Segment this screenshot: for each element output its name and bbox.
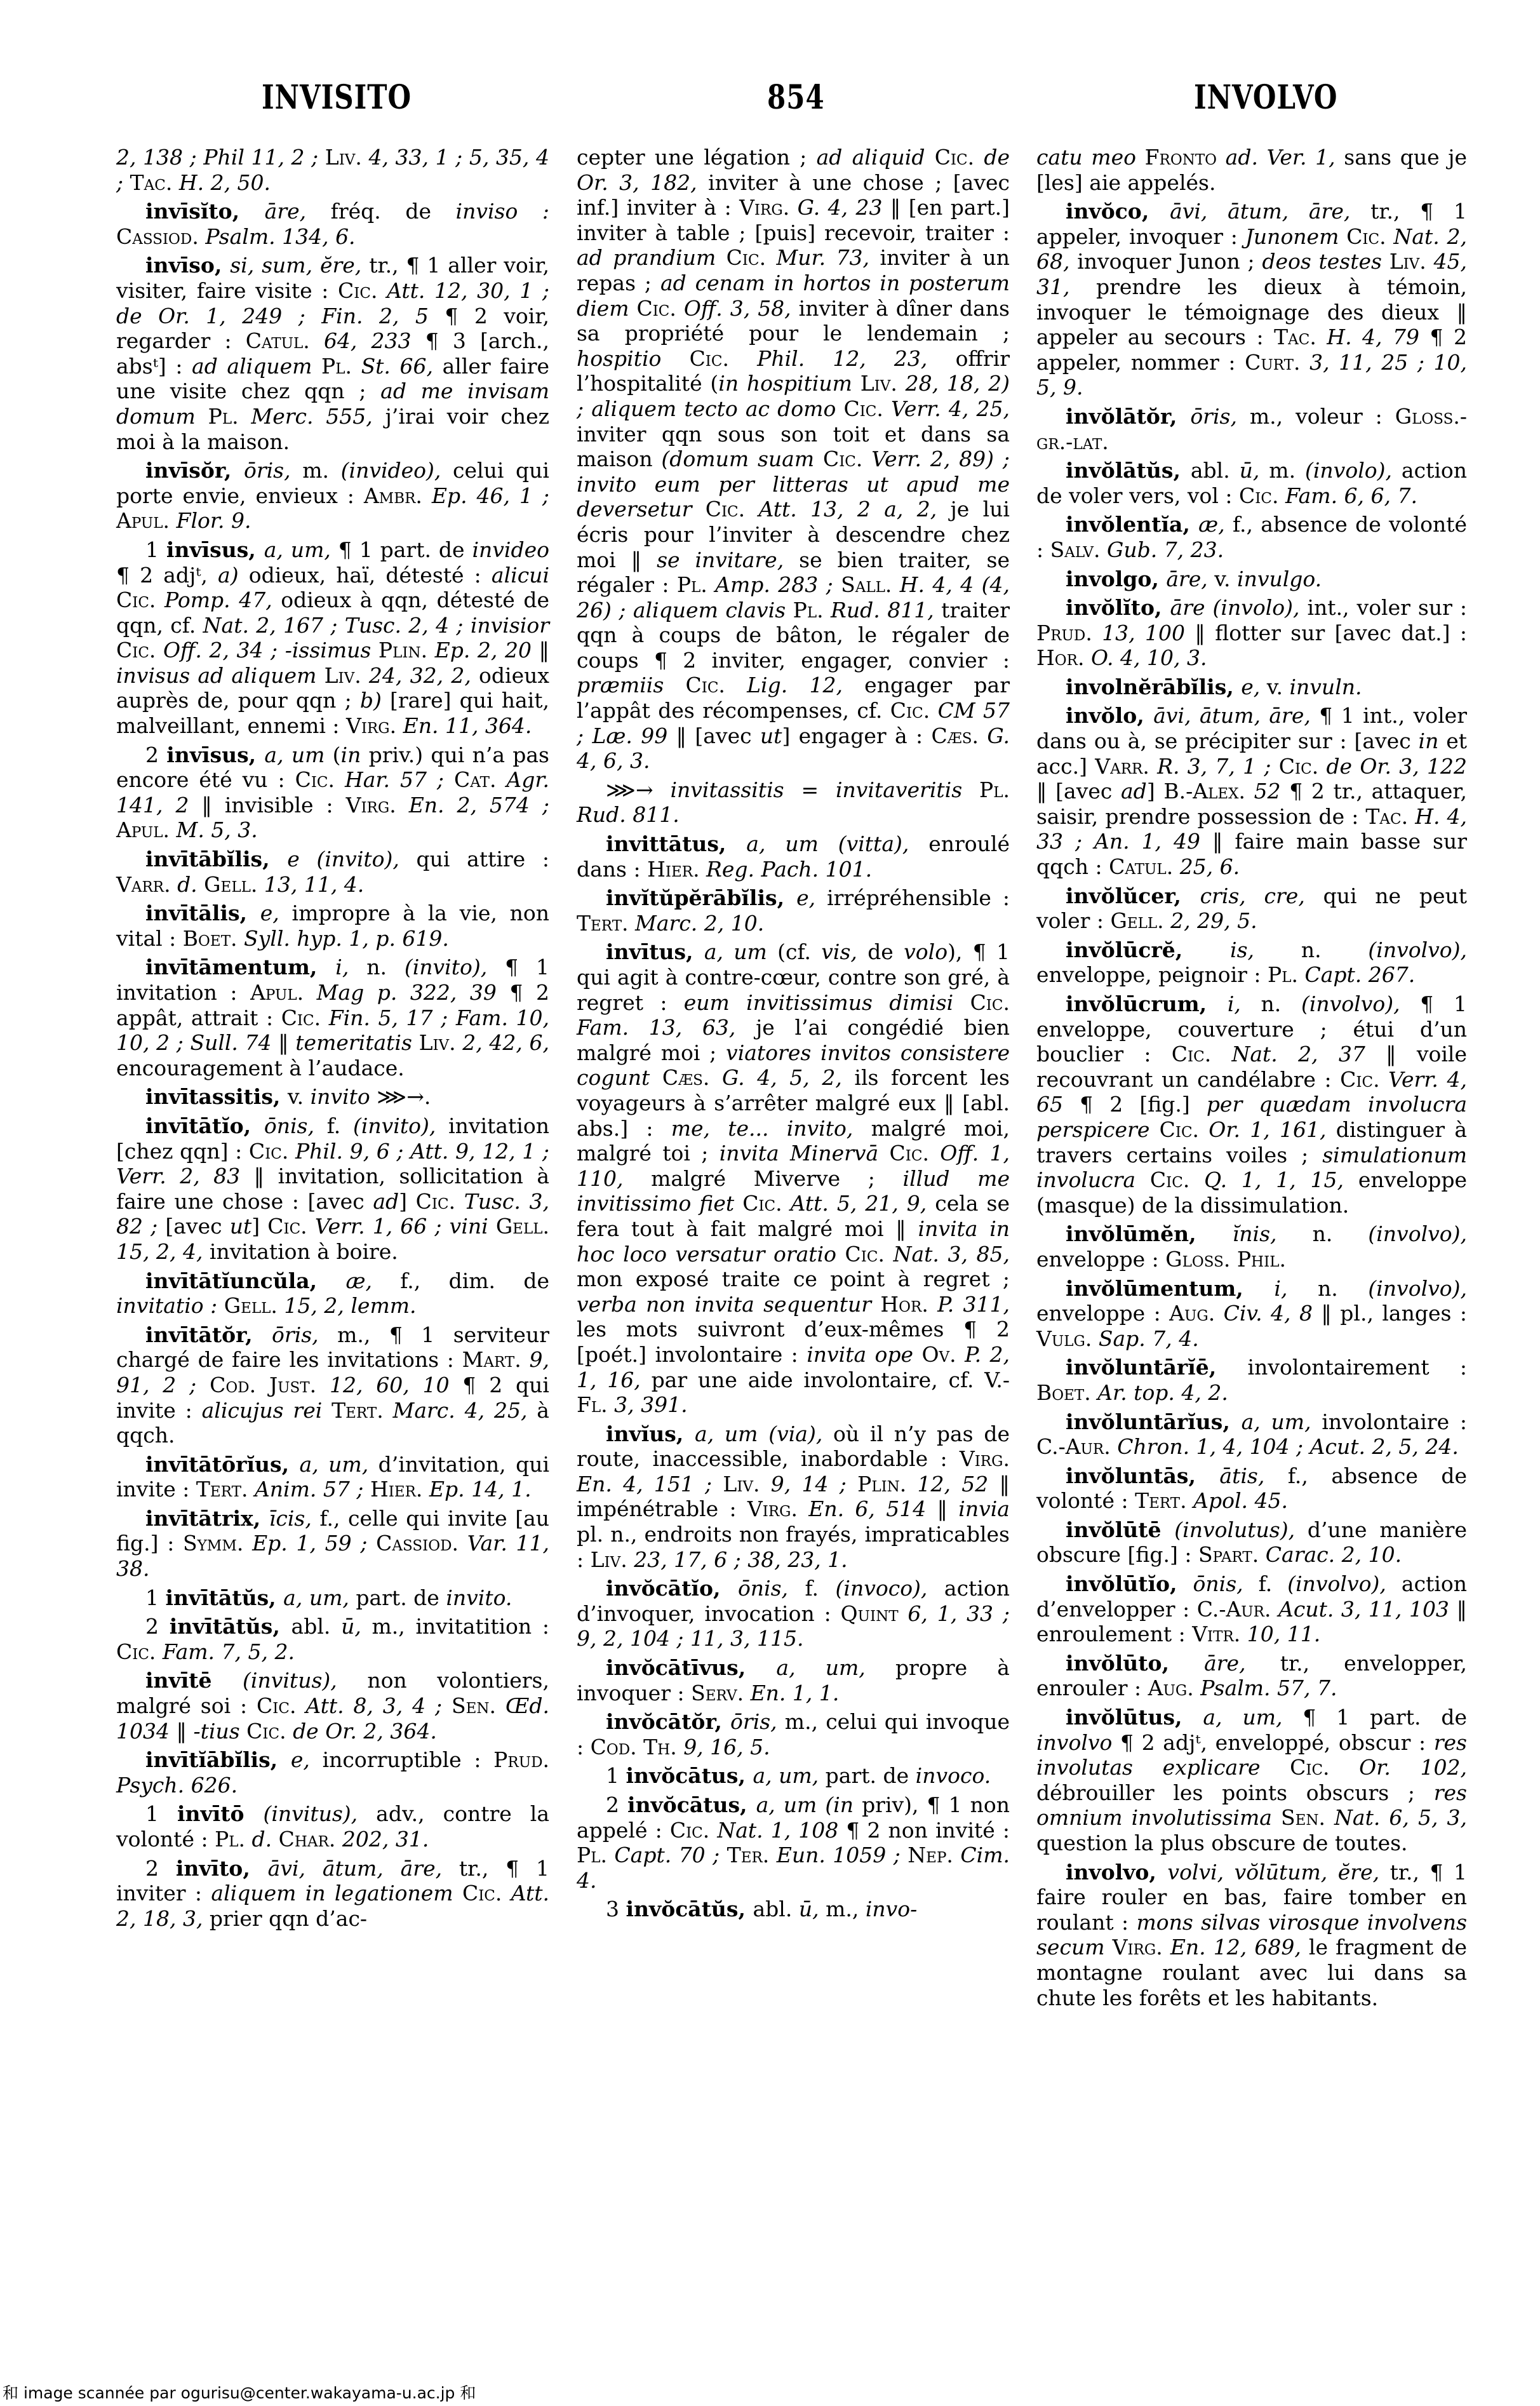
author-abbrev: Cic. bbox=[416, 1189, 464, 1214]
italic-text: G. 4, 23 bbox=[798, 195, 890, 220]
italic-text: (invitus), bbox=[243, 1668, 367, 1693]
italic-text: 15, 2, 4, bbox=[116, 1239, 210, 1264]
author-abbrev: Aug. bbox=[1169, 1301, 1224, 1326]
text: enveloppe : bbox=[1036, 1247, 1165, 1272]
author-abbrev: Hor. bbox=[1036, 645, 1091, 670]
italic-text: invideo bbox=[472, 537, 549, 562]
headword: invŏcātus, bbox=[627, 1792, 756, 1817]
dictionary-entry: invītātĭuncŭla, æ, f., dim. de invitatio… bbox=[116, 1268, 549, 1319]
text: prier qqn d’ac- bbox=[210, 1906, 367, 1931]
author-abbrev: Tert. bbox=[196, 1477, 255, 1502]
italic-text: alicujus rei bbox=[202, 1398, 332, 1423]
italic-text: cris, cre, bbox=[1200, 884, 1323, 908]
text: ¶ 2 adjᵗ, enveloppé, obscur : bbox=[1120, 1730, 1434, 1755]
italic-text: 52 bbox=[1254, 779, 1290, 803]
italic-text: En. 4, 151 ; bbox=[577, 1472, 723, 1496]
italic-text: Nat. 2, 37 bbox=[1232, 1042, 1386, 1066]
headword: invītē bbox=[145, 1668, 243, 1693]
italic-text: H. 2, 50. bbox=[179, 170, 271, 195]
italic-text: Rud. 811, bbox=[831, 598, 941, 622]
italic-text: ōnis, bbox=[264, 1113, 327, 1138]
author-abbrev: Hor. bbox=[880, 1292, 937, 1317]
text: ‖ invisible : bbox=[201, 793, 345, 817]
author-abbrev: Nep. bbox=[907, 1843, 960, 1867]
italic-text: 24, 32, 2, bbox=[369, 663, 479, 688]
author-abbrev: Varr. bbox=[1095, 754, 1157, 779]
author-abbrev: Sen. bbox=[452, 1693, 506, 1718]
dictionary-entry: invŏlūmentum, i, n. (involvo), enveloppe… bbox=[1036, 1276, 1467, 1352]
italic-text: Acut. 3, 11, 103 bbox=[1278, 1597, 1456, 1622]
author-abbrev: C.-Aur. bbox=[1036, 1434, 1117, 1459]
entry-continuation: 2, 138 ; Phil 11, 2 ; Liv. 4, 33, 1 ; 5,… bbox=[116, 145, 549, 195]
italic-text: Off. 3, 58, bbox=[684, 296, 799, 321]
italic-text: āre, bbox=[1204, 1651, 1280, 1676]
author-abbrev: Cic. bbox=[267, 1214, 315, 1239]
headword: invŏlentĭa, bbox=[1066, 512, 1198, 537]
italic-text: Nat. 2, 167 ; Tusc. 2, 4 ; invisior bbox=[203, 613, 549, 638]
italic-text: a) bbox=[218, 563, 249, 588]
dictionary-entry: 1 invītātŭs, a, um, part. de invito. bbox=[116, 1585, 549, 1611]
author-abbrev: Cic. bbox=[1150, 1167, 1204, 1192]
italic-text: i, bbox=[335, 955, 366, 979]
italic-text: 12, 60, 10 bbox=[330, 1373, 462, 1397]
author-abbrev: Tac. bbox=[1274, 325, 1327, 349]
headword: invĭtŭpĕrābĭlis, bbox=[606, 885, 796, 910]
text: ¶ 2 [fig.] bbox=[1080, 1092, 1207, 1117]
italic-text: Civ. 4, 8 bbox=[1224, 1301, 1322, 1326]
text: de bbox=[867, 939, 904, 964]
author-abbrev: Cic. bbox=[726, 245, 777, 270]
italic-text: ad bbox=[1121, 779, 1147, 803]
entry-continuation: cepter une légation ; ad aliquid Cic. de… bbox=[577, 145, 1010, 774]
author-abbrev: Liv. bbox=[325, 663, 369, 688]
text: involontaire : bbox=[1322, 1409, 1467, 1434]
italic-text: ū, bbox=[799, 1897, 826, 1921]
italic-text: 23, 17, 6 ; 38, 23, 1. bbox=[634, 1547, 847, 1572]
author-abbrev: Liv. bbox=[1389, 249, 1434, 274]
italic-text: volo bbox=[904, 939, 947, 964]
author-abbrev: Tert. bbox=[577, 911, 635, 936]
headword: invŏlūtĭo, bbox=[1066, 1571, 1193, 1596]
text: f. bbox=[805, 1576, 836, 1601]
text: débrouiller les points obscurs ; bbox=[1036, 1780, 1434, 1805]
text: qui attire : bbox=[417, 847, 549, 871]
author-abbrev: Plin. bbox=[857, 1472, 917, 1496]
italic-text: En. 1, 1. bbox=[751, 1681, 840, 1705]
italic-text: i, bbox=[1228, 991, 1261, 1016]
italic-text: invito bbox=[311, 1084, 377, 1109]
author-abbrev: Cic. bbox=[706, 497, 759, 521]
headword: invītĭābĭlis, bbox=[145, 1747, 291, 1772]
italic-text: d. bbox=[177, 872, 204, 897]
dictionary-entry: invītālis, e, impropre à la vie, non vit… bbox=[116, 901, 549, 951]
text: 3 bbox=[606, 1897, 626, 1921]
italic-text: ad aliquid bbox=[817, 145, 935, 170]
italic-text: (invideo), bbox=[341, 458, 453, 483]
author-abbrev: Virg. bbox=[747, 1496, 808, 1521]
italic-text: 13, 100 bbox=[1102, 621, 1195, 645]
italic-text: ōris, bbox=[730, 1709, 785, 1734]
text: (cf. bbox=[777, 939, 821, 964]
italic-text: (involvo), bbox=[1287, 1571, 1402, 1596]
author-abbrev: Curt. bbox=[1245, 350, 1309, 375]
author-abbrev: Prud. bbox=[493, 1747, 549, 1772]
text: ‖ [avec bbox=[1036, 779, 1121, 803]
headword: invŏlūto, bbox=[1066, 1651, 1204, 1676]
author-abbrev: Cic. bbox=[845, 1242, 894, 1267]
author-abbrev: Cic. bbox=[116, 638, 163, 662]
text: ‖ bbox=[278, 1030, 295, 1055]
headword: invŏcātīvus, bbox=[606, 1655, 776, 1680]
italic-text: inviso : bbox=[456, 199, 549, 224]
italic-text: Nat. 1, 108 bbox=[717, 1818, 846, 1843]
author-abbrev: Cic. bbox=[670, 1818, 718, 1843]
italic-text: Fam. 6, 6, 7. bbox=[1285, 483, 1417, 508]
text: abl. bbox=[291, 1614, 342, 1639]
dictionary-entry: involnĕrābĭlis, e, v. invuln. bbox=[1036, 675, 1467, 700]
author-abbrev: Gloss. Phil. bbox=[1165, 1247, 1286, 1272]
author-abbrev: Boet. bbox=[1036, 1380, 1097, 1405]
italic-text: in hospitium bbox=[718, 371, 860, 396]
text: m., invitatition : bbox=[372, 1614, 549, 1639]
headword: invŏlūtē bbox=[1066, 1517, 1174, 1542]
italic-text: e (invito), bbox=[287, 847, 416, 871]
italic-text: (invito), bbox=[353, 1113, 448, 1138]
dictionary-entry: invŏlūto, āre, tr., envelopper, enrouler… bbox=[1036, 1651, 1467, 1701]
italic-text: (involvo), bbox=[1368, 1221, 1467, 1246]
text: ⋙→. bbox=[377, 1084, 431, 1109]
text: enveloppe : bbox=[1036, 1301, 1169, 1326]
headword: invŏcātĭo, bbox=[606, 1576, 738, 1601]
scan-credit-footer: 和 image scannée par ogurisu@center.wakay… bbox=[3, 2381, 476, 2403]
author-abbrev: Virg. bbox=[739, 195, 797, 220]
text: f. bbox=[327, 1113, 353, 1138]
italic-text: b) bbox=[360, 688, 390, 713]
italic-text: invita ope bbox=[807, 1342, 921, 1367]
italic-text: (involvo), bbox=[1368, 1276, 1467, 1301]
author-abbrev: Cic. bbox=[249, 1139, 295, 1164]
italic-text: ū, bbox=[341, 1614, 372, 1639]
italic-text: īcis, bbox=[269, 1506, 320, 1531]
dictionary-entry: invŏluntārĭus, a, um, involontaire : C.-… bbox=[1036, 1409, 1467, 1460]
italic-text: se invitare, bbox=[657, 548, 799, 572]
author-abbrev: Prud. bbox=[1036, 621, 1102, 645]
italic-text: Rud. 811. bbox=[577, 802, 680, 827]
dictionary-entry: 2 invŏcātus, a, um (in priv), ¶ 1 non ap… bbox=[577, 1792, 1010, 1893]
italic-text: verba non invita sequentur bbox=[577, 1292, 880, 1317]
text: n. bbox=[1313, 1221, 1369, 1246]
italic-text: En. 12, 689, bbox=[1170, 1935, 1309, 1959]
italic-text: ut bbox=[760, 723, 782, 748]
headword: invīsŏr, bbox=[145, 458, 244, 483]
author-abbrev: Cic. bbox=[843, 396, 891, 421]
left-guide-word: INVISITO bbox=[262, 77, 412, 116]
dictionary-entry: invŏlentĭa, æ, f., absence de volonté : … bbox=[1036, 512, 1467, 562]
author-abbrev: Pl. bbox=[793, 598, 831, 622]
text: fréq. de bbox=[331, 199, 456, 224]
italic-text: Gub. 7, 23. bbox=[1107, 537, 1224, 562]
author-abbrev: Cassiod. bbox=[116, 224, 205, 249]
author-abbrev: Cic. bbox=[823, 447, 871, 471]
italic-text: Pomp. 47, bbox=[164, 588, 281, 612]
dictionary-entry: invītātĭo, ōnis, f. (invito), invitation… bbox=[116, 1113, 549, 1265]
italic-text: a, um (vitta), bbox=[746, 831, 928, 856]
italic-text: a, um, bbox=[1203, 1705, 1302, 1730]
dictionary-entry: 2 invītātŭs, abl. ū, m., invitatition : … bbox=[116, 1614, 549, 1664]
text: 2 bbox=[145, 1614, 170, 1639]
author-abbrev: B.-Alex. bbox=[1163, 779, 1254, 803]
text: n. bbox=[1301, 938, 1369, 962]
italic-text: invo- bbox=[866, 1897, 917, 1921]
text: v. bbox=[1214, 567, 1237, 591]
italic-text: temeritatis bbox=[295, 1030, 418, 1055]
italic-text: (invito), bbox=[405, 955, 505, 979]
italic-text: involvo bbox=[1036, 1730, 1120, 1755]
headword: invītātĭo, bbox=[145, 1113, 264, 1138]
italic-text: ōnis, bbox=[738, 1576, 805, 1601]
headword: involvo, bbox=[1066, 1860, 1167, 1885]
italic-text: P. 311, bbox=[937, 1292, 1010, 1317]
headword: invŏcātus, bbox=[626, 1763, 753, 1788]
italic-text: hospitio bbox=[577, 346, 690, 371]
text: ] : bbox=[158, 354, 192, 379]
dictionary-entry: invŏlūtĭo, ōnis, f. (involvo), action d’… bbox=[1036, 1571, 1467, 1647]
author-abbrev: C.-Aur. bbox=[1197, 1597, 1278, 1622]
italic-text: in bbox=[341, 743, 369, 767]
italic-text: Att. 5, 21, 9, bbox=[791, 1191, 935, 1216]
author-abbrev: Liv. bbox=[860, 371, 906, 396]
author-abbrev: Tert. bbox=[1135, 1488, 1193, 1513]
italic-text: 10, 11. bbox=[1247, 1622, 1320, 1646]
text: m., bbox=[826, 1897, 866, 1921]
author-abbrev: Cic. bbox=[338, 278, 387, 303]
text: malgré Miverve ; bbox=[651, 1166, 902, 1191]
author-abbrev: Cod. Just. bbox=[210, 1373, 330, 1397]
author-abbrev: Cic. bbox=[257, 1693, 305, 1718]
headword: invītātōrĭus, bbox=[145, 1452, 300, 1477]
author-abbrev: Virg. bbox=[1113, 1935, 1170, 1959]
italic-text: āre, bbox=[265, 199, 331, 224]
italic-text: invitatio : bbox=[116, 1293, 224, 1318]
italic-text: invoco. bbox=[916, 1763, 991, 1788]
headword: invŏcātŭs, bbox=[626, 1897, 753, 1921]
text: invoquer Junon ; bbox=[1077, 249, 1262, 274]
italic-text: ōnis, bbox=[1193, 1571, 1259, 1596]
italic-text: Off. 2, 34 ; -issimus bbox=[163, 638, 378, 662]
italic-text: æ, bbox=[1198, 512, 1233, 537]
italic-text: St. 66, bbox=[361, 354, 443, 379]
italic-text: G. 4, 5, 2, bbox=[722, 1065, 854, 1090]
headword: invīsĭto, bbox=[145, 199, 265, 224]
dictionary-entry: invŏlātŏr, ōris, m., voleur : Gloss.-gr.… bbox=[1036, 404, 1467, 454]
italic-text: Q. 1, 1, 15, bbox=[1204, 1167, 1358, 1192]
dictionary-entry: 1 invītō (invitus), adv., contre la volo… bbox=[116, 1801, 549, 1852]
italic-text: Amp. 283 ; bbox=[715, 572, 841, 597]
author-abbrev: Mart. bbox=[462, 1347, 530, 1372]
author-abbrev: Catul. bbox=[246, 328, 324, 353]
italic-text: invitassitis = invitaveritis bbox=[670, 777, 979, 802]
entry-continuation: catu meo Fronto ad. Ver. 1, sans que je … bbox=[1036, 145, 1467, 195]
italic-text: e, bbox=[796, 885, 827, 910]
italic-text: Capt. 267. bbox=[1304, 962, 1415, 987]
italic-text: Phil. 12, 23, bbox=[757, 346, 955, 371]
italic-text: ōris, bbox=[1190, 404, 1250, 429]
italic-text: a, um, bbox=[1242, 1409, 1322, 1434]
italic-text: de Or. 3, 122 bbox=[1326, 754, 1467, 779]
italic-text: ōris, bbox=[244, 458, 302, 483]
text: invitation à boire. bbox=[210, 1239, 398, 1264]
dictionary-entry: invītātŏr, ōris, m., ¶ 1 serviteur charg… bbox=[116, 1322, 549, 1448]
headword: invŏlŭcer, bbox=[1066, 884, 1200, 908]
italic-text: 15, 2, lemm. bbox=[284, 1293, 416, 1318]
italic-text: (involutus), bbox=[1174, 1517, 1308, 1542]
italic-text: Or. 1, 161, bbox=[1209, 1117, 1336, 1142]
italic-text: 13, 11, 4. bbox=[264, 872, 364, 897]
text: v. bbox=[288, 1084, 311, 1109]
author-abbrev: Boet. bbox=[183, 926, 244, 951]
author-abbrev: Cic. bbox=[246, 1719, 293, 1744]
headword: invītāmentum, bbox=[145, 955, 335, 979]
text: n. bbox=[366, 955, 405, 979]
author-abbrev: Pl. bbox=[1268, 962, 1304, 987]
dictionary-entry: invŏcātŏr, ōris, m., celui qui invoque :… bbox=[577, 1709, 1010, 1759]
text: enveloppe, peignoir : bbox=[1036, 962, 1268, 987]
italic-text: Sap. 7, 4. bbox=[1099, 1326, 1199, 1351]
italic-text: (involvo), bbox=[1368, 938, 1467, 962]
dictionary-entry: invŏlātŭs, abl. ū, m. (involo), action d… bbox=[1036, 458, 1467, 508]
italic-text: Capt. 70 ; bbox=[614, 1843, 726, 1867]
author-abbrev: Pl. bbox=[321, 354, 361, 379]
dictionary-entry: invītātrix, īcis, f., celle qui invite [… bbox=[116, 1506, 549, 1582]
headword: invŏlūmentum, bbox=[1066, 1276, 1274, 1301]
italic-text: (involvo), bbox=[1301, 991, 1420, 1016]
author-abbrev: Cic. bbox=[116, 588, 164, 612]
headword: invītātŏr, bbox=[145, 1322, 272, 1347]
text: f., dim. de bbox=[400, 1268, 549, 1293]
text: ᵗ bbox=[153, 354, 158, 379]
italic-text: H. 4, 79 bbox=[1327, 325, 1430, 349]
italic-text: a, um, bbox=[300, 1452, 378, 1477]
author-abbrev: Cic. bbox=[1346, 224, 1393, 249]
author-abbrev: Cat. bbox=[454, 767, 506, 792]
italic-text: -tius bbox=[193, 1719, 246, 1744]
dictionary-entry: invīsĭto, āre, fréq. de inviso : Cassiod… bbox=[116, 199, 549, 249]
italic-text: catu meo bbox=[1036, 145, 1145, 170]
text: incorruptible : bbox=[323, 1747, 494, 1772]
italic-text: Mag p. 322, 39 bbox=[317, 980, 510, 1005]
italic-text: præmiis bbox=[577, 673, 685, 697]
text: m., voleur : bbox=[1250, 404, 1395, 429]
italic-text: (invitus), bbox=[263, 1801, 376, 1826]
italic-text: alicui bbox=[492, 563, 549, 588]
italic-text: 3, 391. bbox=[614, 1392, 687, 1417]
italic-text: a, um, bbox=[776, 1655, 895, 1680]
dictionary-entry: invittātus, a, um (vitta), enroulé dans … bbox=[577, 831, 1010, 882]
italic-text: Ar. top. 4, 2. bbox=[1097, 1380, 1228, 1405]
text: m. bbox=[1269, 458, 1305, 483]
headword: invīsus, bbox=[166, 537, 264, 562]
author-abbrev: Cæs. bbox=[931, 723, 987, 748]
italic-text: Reg. Pach. 101. bbox=[706, 857, 872, 882]
italic-text: Att. 13, 2 a, 2, bbox=[758, 497, 950, 521]
headword: invītābĭlis, bbox=[145, 847, 287, 871]
author-abbrev: Cic. bbox=[890, 698, 938, 723]
author-abbrev: Cic. bbox=[295, 767, 345, 792]
author-abbrev: Quint bbox=[841, 1601, 908, 1626]
headword: involnĕrābĭlis, bbox=[1066, 675, 1241, 699]
author-abbrev: Apul. bbox=[116, 817, 177, 842]
italic-text: ut bbox=[230, 1214, 252, 1239]
italic-text: invisus ad aliquem bbox=[116, 663, 325, 688]
italic-text: (invoco), bbox=[836, 1576, 944, 1601]
author-abbrev: Cic. bbox=[935, 145, 984, 170]
italic-text: in bbox=[1419, 729, 1447, 753]
author-abbrev: Gell. bbox=[496, 1214, 549, 1239]
column-3: catu meo Fronto ad. Ver. 1, sans que je … bbox=[1036, 145, 1467, 2014]
italic-text: En. 6, 514 bbox=[808, 1496, 937, 1521]
text: 2 bbox=[145, 1856, 176, 1881]
author-abbrev: Liv. bbox=[325, 145, 369, 170]
headword: involgo, bbox=[1066, 567, 1166, 591]
headword: invīso, bbox=[145, 253, 230, 278]
text: ¶ 2 non invité : bbox=[846, 1818, 1010, 1843]
dictionary-entry: invŏcātĭo, ōnis, f. (invoco), action d’i… bbox=[577, 1576, 1010, 1651]
text: ] engager à : bbox=[782, 723, 931, 748]
author-abbrev: Gell. bbox=[204, 872, 264, 897]
author-abbrev: Aug. bbox=[1148, 1676, 1201, 1700]
text: abl. bbox=[1191, 458, 1240, 483]
author-abbrev: Apul. bbox=[116, 508, 177, 533]
italic-text: invita Minervā bbox=[720, 1141, 890, 1166]
italic-text: āvi, ātum, āre, bbox=[1153, 703, 1319, 728]
italic-text: Anim. 57 ; bbox=[255, 1477, 370, 1502]
italic-text: de Or. 2, 364. bbox=[293, 1719, 437, 1744]
italic-text: M. 5, 3. bbox=[177, 817, 258, 842]
dictionary-entry: invītāmentum, i, n. (invito), ¶ 1 invita… bbox=[116, 955, 549, 1080]
italic-text: 64, 233 bbox=[324, 328, 425, 353]
italic-text: is, bbox=[1230, 938, 1301, 962]
italic-text: Ep. 46, 1 ; bbox=[432, 483, 549, 508]
italic-text: si, sum, ĕre, bbox=[230, 253, 369, 278]
italic-text: āre, bbox=[1166, 567, 1214, 591]
column-1: 2, 138 ; Phil 11, 2 ; Liv. 4, 33, 1 ; 5,… bbox=[116, 145, 549, 1935]
author-abbrev: Hier. bbox=[647, 857, 706, 882]
author-abbrev: Cic. bbox=[1340, 1067, 1388, 1092]
italic-text: Fam. 13, 63, bbox=[577, 1015, 756, 1040]
author-abbrev: Gell. bbox=[224, 1293, 285, 1318]
author-abbrev: Pl. bbox=[215, 1827, 251, 1852]
italic-text: ad aliquem bbox=[192, 354, 321, 379]
author-abbrev: Cic. bbox=[116, 1639, 163, 1664]
headword: invŏco, bbox=[1066, 199, 1170, 224]
author-abbrev: Tac. bbox=[130, 170, 179, 195]
italic-text: a, um, bbox=[264, 537, 338, 562]
italic-text: e, bbox=[260, 901, 292, 925]
headword: invītātŭs, bbox=[166, 1585, 284, 1610]
italic-text: Har. 57 ; bbox=[345, 767, 454, 792]
italic-text: Fam. 7, 5, 2. bbox=[163, 1639, 295, 1664]
italic-text: (involo), bbox=[1305, 458, 1402, 483]
italic-text: a, um bbox=[264, 743, 332, 767]
italic-text: Psalm. 57, 7. bbox=[1200, 1676, 1337, 1700]
italic-text: deos testes bbox=[1262, 249, 1389, 274]
italic-text: d. bbox=[252, 1827, 279, 1852]
author-abbrev: Cic. bbox=[690, 346, 758, 371]
italic-text: invulgo. bbox=[1237, 567, 1322, 591]
headword: invŏluntārĭē, bbox=[1066, 1355, 1248, 1380]
text: abl. bbox=[753, 1897, 798, 1921]
headword: invŏlĭto, bbox=[1066, 595, 1170, 620]
